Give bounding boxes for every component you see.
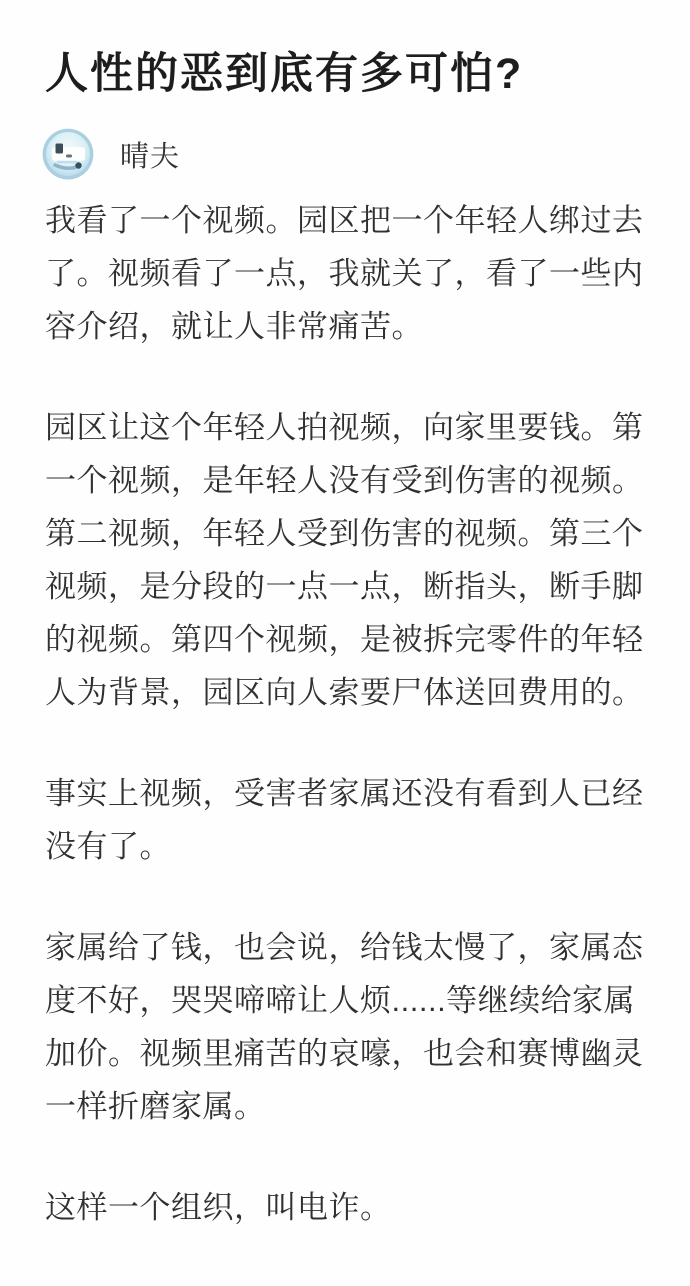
- paragraph: 事实上视频，受害者家属还没有看到人已经没有了。: [45, 767, 645, 873]
- answer-body: 我看了一个视频。园区把一个年轻人绑过去了。视频看了一点，我就关了，看了一些内容介…: [45, 194, 645, 1234]
- paragraph: 园区让这个年轻人拍视频，向家里要钱。第一个视频，是年轻人没有受到伤害的视频。第二…: [45, 401, 645, 719]
- question-title: 人性的恶到底有多可怕?: [45, 50, 645, 98]
- author-name[interactable]: 晴夫: [120, 134, 180, 175]
- paragraph: 家属给了钱，也会说，给钱太慢了，家属态度不好，哭哭啼啼让人烦......等继续给…: [45, 921, 645, 1133]
- app-screen: 人性的恶到底有多可怕?: [0, 0, 690, 1286]
- author-row[interactable]: 晴夫: [45, 128, 645, 180]
- answer-page: 人性的恶到底有多可怕?: [0, 0, 690, 1234]
- paragraph: 我看了一个视频。园区把一个年轻人绑过去了。视频看了一点，我就关了，看了一些内容介…: [45, 194, 645, 353]
- paragraph: 这样一个组织，叫电诈。: [45, 1181, 645, 1234]
- author-avatar-icon[interactable]: [42, 128, 94, 180]
